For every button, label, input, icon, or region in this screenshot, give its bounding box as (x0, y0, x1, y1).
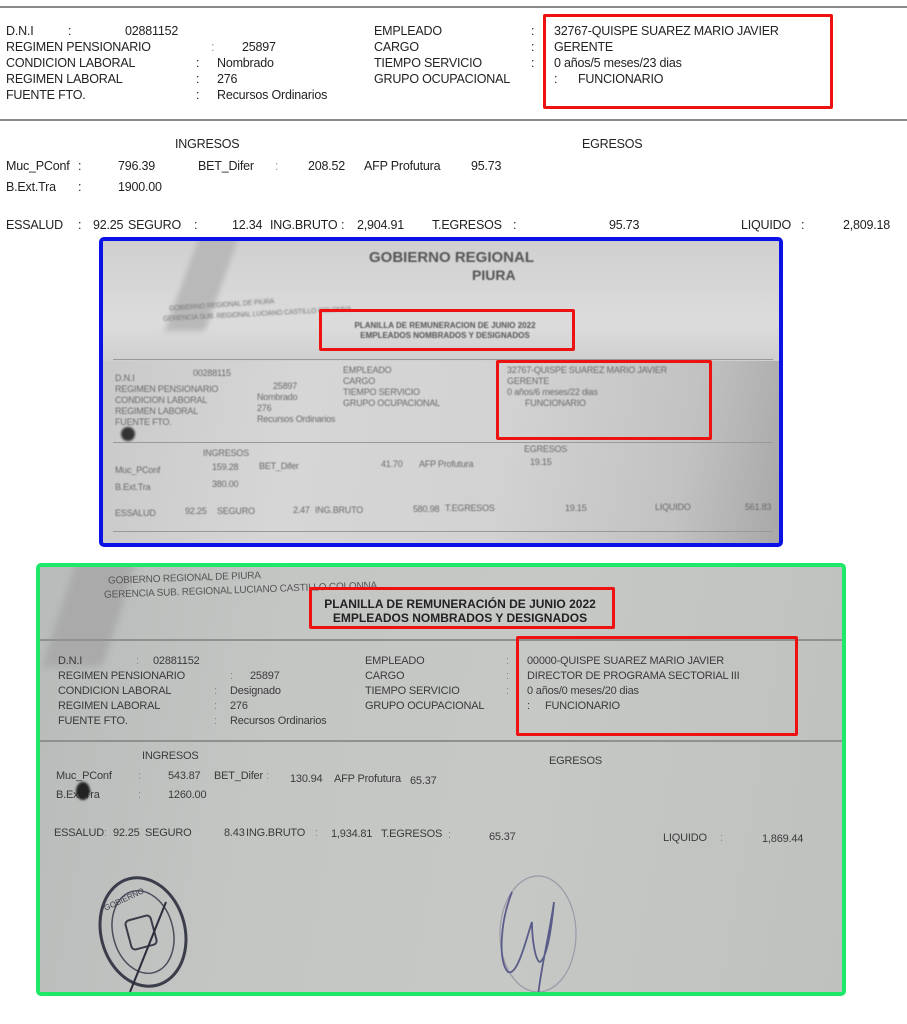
grupo-ocupacional-label: GRUPO OCUPACIONAL (343, 398, 440, 408)
org-title-2: PIURA (472, 267, 516, 283)
afp-label: AFP Profutura (419, 459, 473, 469)
egresos-header: EGRESOS (549, 755, 602, 767)
seguro-value: 2.47 (293, 505, 310, 515)
muc-pconf-value: 159.28 (212, 462, 238, 472)
seguro-label: SEGURO (128, 218, 181, 232)
seguro-label: SEGURO (217, 506, 255, 516)
ingresos-header: INGRESOS (175, 137, 239, 151)
muc-pconf-value: 543.87 (168, 770, 200, 782)
ing-bruto-value: 2,904.91 (357, 218, 404, 232)
regimen-pensionario-value: 25897 (242, 40, 276, 54)
ingresos-header: INGRESOS (203, 448, 249, 458)
bet-difer-value: 208.52 (308, 159, 345, 173)
regimen-pensionario-label: REGIMEN PENSIONARIO (58, 670, 185, 682)
afp-label: AFP Profutura (364, 159, 440, 173)
seguro-value: 8.43 (224, 827, 245, 839)
dni-label: D.N.I (6, 24, 33, 38)
afp-label: AFP Profutura (334, 773, 401, 785)
payslip-photo-blue: GOBIERNO REGIONAL PIURA GOBIERNO REGIONA… (99, 237, 783, 547)
ing-bruto-value: 580.98 (413, 504, 439, 514)
fuente-fto-value: Recursos Ordinarios (217, 88, 327, 102)
bext-tra-label: B.Ext.Tra (115, 482, 150, 492)
regimen-pensionario-label: REGIMEN PENSIONARIO (6, 40, 151, 54)
t-egresos-label: T.EGRESOS (432, 218, 502, 232)
divider (0, 119, 907, 121)
condicion-laboral-value: Nombrado (217, 56, 274, 70)
ing-bruto-label: ING.BRUTO (315, 505, 363, 515)
liquido-label: LIQUIDO (655, 502, 691, 512)
essalud-label: ESSALUD (115, 508, 156, 518)
bet-difer-value: 41.70 (381, 459, 403, 469)
ing-bruto-label: ING.BRUTO (270, 218, 337, 232)
bext-tra-value: 380.00 (212, 479, 238, 489)
highlight-heading-box (319, 309, 575, 351)
bext-tra-value: 1900.00 (118, 180, 162, 194)
org-title-1: GOBIERNO REGIONAL (369, 249, 534, 266)
cargo-label: CARGO (365, 670, 404, 682)
essalud-value: 92.25 (113, 827, 140, 839)
ingresos-header: INGRESOS (142, 750, 198, 762)
ink-blot (121, 427, 135, 441)
fuente-fto-label: FUENTE FTO. (6, 88, 86, 102)
seguro-label: SEGURO (145, 827, 191, 839)
egresos-header: EGRESOS (524, 444, 567, 454)
bet-difer-label: BET_Difer (214, 770, 263, 782)
tiempo-servicio-label: TIEMPO SERVICIO (343, 387, 420, 397)
bet-difer-label: BET_Difer (198, 159, 254, 173)
essalud-value: 92.25 (93, 218, 123, 232)
empleado-label: EMPLEADO (365, 655, 425, 667)
highlight-heading-box (309, 587, 615, 629)
essalud-value: 92.25 (185, 506, 207, 516)
liquido-value: 561.83 (745, 502, 771, 512)
afp-value: 95.73 (471, 159, 501, 173)
regimen-pensionario-value: 25897 (273, 381, 297, 391)
muc-pconf-value: 796.39 (118, 159, 155, 173)
highlight-employee-box (516, 636, 798, 736)
condicion-laboral-label: CONDICION LABORAL (6, 56, 135, 70)
t-egresos-value: 95.73 (609, 218, 639, 232)
essalud-label: ESSALUD (54, 827, 104, 839)
t-egresos-value: 65.37 (489, 831, 516, 843)
grupo-ocupacional-label: GRUPO OCUPACIONAL (374, 72, 510, 86)
bet-difer-label: BET_Difer (259, 461, 299, 471)
muc-pconf-label: Muc_PConf (6, 159, 70, 173)
regimen-laboral-label: REGIMEN LABORAL (115, 406, 198, 416)
svg-text:GOBIERNO: GOBIERNO (103, 886, 146, 912)
dni-label: D.N.I (115, 373, 135, 383)
muc-pconf-label: Muc_PConf (56, 770, 112, 782)
muc-pconf-label: Muc_PConf (115, 465, 160, 475)
t-egresos-label: T.EGRESOS (445, 503, 495, 513)
regimen-laboral-label: REGIMEN LABORAL (58, 700, 160, 712)
dni-label: D.N.I (58, 655, 82, 667)
cargo-label: CARGO (343, 376, 375, 386)
t-egresos-value: 19.15 (565, 503, 587, 513)
signature-seal-icon (470, 862, 610, 996)
condicion-laboral-label: CONDICION LABORAL (58, 685, 171, 697)
empleado-label: EMPLEADO (343, 365, 391, 375)
ing-bruto-value: 1,934.81 (331, 828, 372, 840)
cargo-label: CARGO (374, 40, 419, 54)
essalud-label: ESSALUD (6, 218, 63, 232)
regimen-laboral-label: REGIMEN LABORAL (6, 72, 122, 86)
regimen-laboral-value: 276 (217, 72, 237, 86)
divider (0, 6, 907, 8)
regimen-pensionario-label: REGIMEN PENSIONARIO (115, 384, 218, 394)
bext-tra-label: B.Ext.Tra (6, 180, 56, 194)
highlight-employee-box (543, 14, 833, 109)
fuente-fto-value: Recursos Ordinarios (230, 715, 326, 727)
dni-value: 02881152 (125, 24, 178, 38)
liquido-value: 2,809.18 (843, 218, 890, 232)
t-egresos-label: T.EGRESOS (381, 828, 442, 840)
bext-tra-value: 1260.00 (168, 789, 206, 801)
tiempo-servicio-label: TIEMPO SERVICIO (365, 685, 460, 697)
payslip-photo-green: GOBIERNO REGIONAL DE PIURA GERENCIA SUB.… (36, 563, 846, 996)
liquido-label: LIQUIDO (741, 218, 791, 232)
fuente-fto-label: FUENTE FTO. (115, 417, 172, 427)
condicion-laboral-label: CONDICION LABORAL (115, 395, 207, 405)
afp-value: 19.15 (530, 457, 552, 467)
liquido-label: LIQUIDO (663, 832, 707, 844)
regimen-laboral-value: 276 (230, 700, 248, 712)
regimen-pensionario-value: 25897 (250, 670, 280, 682)
ing-bruto-label: ING.BRUTO (246, 827, 305, 839)
empleado-label: EMPLEADO (374, 24, 442, 38)
bet-difer-value: 130.94 (290, 773, 322, 785)
dni-value: 02881152 (153, 655, 200, 667)
official-stamp-icon: GOBIERNO (88, 857, 198, 996)
highlight-employee-box (496, 360, 712, 440)
liquido-value: 1,869.44 (762, 833, 803, 845)
seguro-value: 12.34 (232, 218, 262, 232)
fuente-fto-label: FUENTE FTO. (58, 715, 128, 727)
egresos-header: EGRESOS (582, 137, 642, 151)
tiempo-servicio-label: TIEMPO SERVICIO (374, 56, 482, 70)
condicion-laboral-value: Designado (230, 685, 281, 697)
condicion-laboral-value: Nombrado (257, 392, 297, 402)
grupo-ocupacional-label: GRUPO OCUPACIONAL (365, 700, 484, 712)
fuente-fto-value: Recursos Ordinarios (257, 414, 335, 424)
payslip-top: D.N.I : 02881152 REGIMEN PENSIONARIO : 2… (0, 0, 907, 235)
afp-value: 65.37 (410, 775, 437, 787)
ink-blot (76, 782, 90, 800)
regimen-laboral-value: 276 (257, 403, 271, 413)
dni-value: 00288115 (193, 368, 231, 378)
